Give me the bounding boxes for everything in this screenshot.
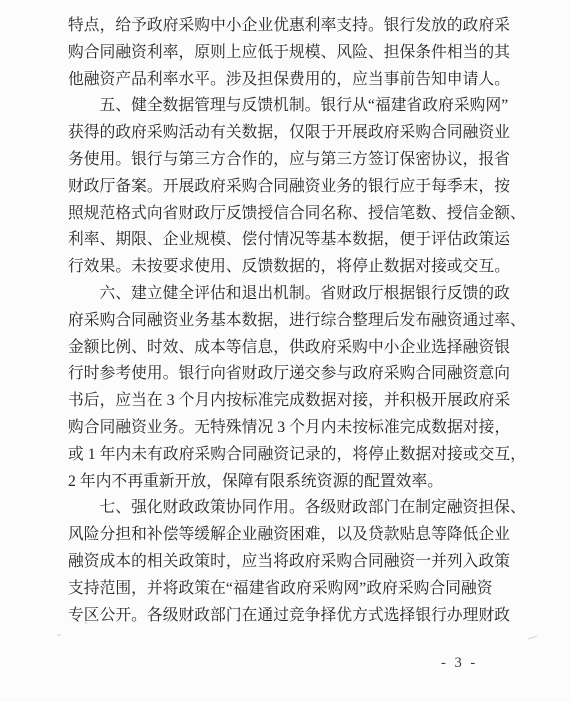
- text-line: 支持范围，并将政策在“福建省政府采购网”政府采购合同融资: [68, 576, 520, 603]
- text-line: 特点，给予政府采购中小企业优惠利率支持。银行发放的政府采: [68, 13, 520, 40]
- text-line: 获得的政府采购活动有关数据，仅限于开展政府采购合同融资业: [68, 120, 520, 147]
- text-line: 购合同融资利率，原则上应低于规模、风险、担保条件相当的其: [68, 40, 520, 67]
- text-line: 金额比例、时效、成本等信息，供政府采购中小企业选择融资银: [68, 335, 520, 362]
- text-line: 府采购合同融资业务基本数据，进行综合整理后发布融资通过率、: [68, 308, 520, 335]
- text-line: 行时参考使用。银行向省财政厅递交参与政府采购合同融资意向: [68, 361, 520, 388]
- text-line: 行效果。未按要求使用、反馈数据的，将停止数据对接或交互。: [68, 254, 520, 281]
- scan-artifact-speck: [57, 634, 61, 636]
- text-line: 六、建立健全评估和退出机制。省财政厅根据银行反馈的政: [68, 281, 520, 308]
- text-line: 或 1 年内未有政府采购合同融资记录的，将停止数据对接或交互，: [68, 442, 520, 469]
- text-line: 专区公开。各级财政部门在通过竞争择优方式选择银行办理财政: [68, 603, 520, 630]
- text-line: 利率、期限、企业规模、偿付情况等基本数据，便于评估政策运: [68, 227, 520, 254]
- page-number: - 3 -: [441, 653, 478, 673]
- text-line: 2 年内不再重新开放，保障有限系统资源的配置效率。: [68, 469, 520, 496]
- text-line: 照规范格式向省财政厅反馈授信合同名称、授信笔数、授信金额、: [68, 201, 520, 228]
- scan-artifact-scratch: [528, 636, 537, 640]
- document-body: 特点，给予政府采购中小企业优惠利率支持。银行发放的政府采购合同融资利率，原则上应…: [68, 13, 520, 629]
- text-line: 融资成本的相关政策时，应当将政府采购合同融资一并列入政策: [68, 549, 520, 576]
- text-line: 五、健全数据管理与反馈机制。银行从“福建省政府采购网”: [68, 93, 520, 120]
- text-line: 购合同融资业务。无特殊情况 3 个月内未按标准完成数据对接，: [68, 415, 520, 442]
- text-line: 财政厅备案。开展政府采购合同融资业务的银行应于每季末，按: [68, 174, 520, 201]
- text-line: 风险分担和补偿等缓解企业融资困难，以及贷款贴息等降低企业: [68, 522, 520, 549]
- text-line: 务使用。银行与第三方合作的，应与第三方签订保密协议，报省: [68, 147, 520, 174]
- text-line: 书后，应当在 3 个月内按标准完成数据对接，并积极开展政府采: [68, 388, 520, 415]
- scan-artifact-dot: [85, 622, 87, 624]
- text-line: 七、强化财政政策协同作用。各级财政部门在制定融资担保、: [68, 495, 520, 522]
- text-line: 他融资产品利率水平。涉及担保费用的，应当事前告知申请人。: [68, 67, 520, 94]
- document-page: 特点，给予政府采购中小企业优惠利率支持。银行发放的政府采购合同融资利率，原则上应…: [0, 0, 571, 702]
